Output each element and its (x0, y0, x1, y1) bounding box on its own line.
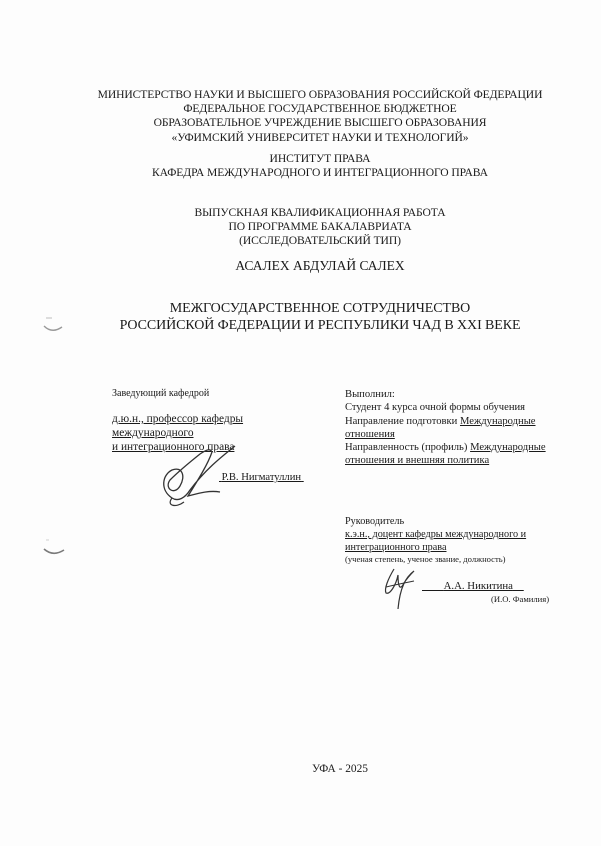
degree-line: д.ю.н., профессор кафедры (112, 412, 322, 426)
supervisor-degree-cont: интеграционного права (345, 541, 585, 554)
work-type-line: ПО ПРОГРАММЕ БАКАЛАВРИАТА (40, 220, 600, 234)
work-type-line: ВЫПУСКНАЯ КВАЛИФИКАЦИОННАЯ РАБОТА (40, 206, 600, 220)
institute-header: ИНСТИТУТ ПРАВА КАФЕДРА МЕЖДУНАРОДНОГО И … (40, 152, 600, 180)
performer-profile: Направленность (профиль) Международные (345, 441, 585, 454)
header-line: «УФИМСКИЙ УНИВЕРСИТЕТ НАУКИ И ТЕХНОЛОГИЙ… (40, 131, 600, 145)
supervisor-label: Руководитель (345, 515, 585, 528)
direction-value: Международные (460, 416, 536, 427)
performer-block: Выполнил: Студент 4 курса очной формы об… (345, 388, 585, 468)
work-type: ВЫПУСКНАЯ КВАЛИФИКАЦИОННАЯ РАБОТА ПО ПРО… (40, 206, 600, 249)
direction-value-cont: отношения (345, 428, 585, 441)
head-of-department-label: Заведующий кафедрой (112, 388, 322, 399)
performer-direction: Направление подготовки Международные (345, 415, 585, 428)
supervisor-signature-icon (380, 565, 420, 615)
performer-label: Выполнил: (345, 388, 585, 401)
work-type-line: (ИССЛЕДОВАТЕЛЬСКИЙ ТИП) (40, 234, 600, 248)
supervisor-block: Руководитель к.э.н., доцент кафедры межд… (345, 515, 585, 565)
supervisor-degree: к.э.н., доцент кафедры международного и (345, 528, 585, 541)
performer-student: Студент 4 курса очной формы обучения (345, 401, 585, 414)
supervisor-name-hint: (И.О. Фамилия) (491, 593, 549, 606)
title-line: РОССИЙСКОЙ ФЕДЕРАЦИИ И РЕСПУБЛИКИ ЧАД В … (40, 317, 600, 334)
direction-label: Направление подготовки (345, 416, 457, 427)
institute-line: ИНСТИТУТ ПРАВА (40, 152, 600, 166)
profile-value: Международные (470, 442, 546, 453)
degree-line: международного (112, 426, 322, 440)
punch-hole-mark-bottom (40, 535, 70, 559)
header-line: ФЕДЕРАЛЬНОЕ ГОСУДАРСТВЕННОЕ БЮДЖЕТНОЕ (40, 102, 600, 116)
document-page: МИНИСТЕРСТВО НАУКИ И ВЫСШЕГО ОБРАЗОВАНИЯ… (0, 0, 601, 846)
header-line: ОБРАЗОВАТЕЛЬНОЕ УЧРЕЖДЕНИЕ ВЫСШЕГО ОБРАЗ… (40, 116, 600, 130)
ministry-header: МИНИСТЕРСТВО НАУКИ И ВЫСШЕГО ОБРАЗОВАНИЯ… (40, 88, 600, 145)
supervisor-degree-hint: (ученая степень, ученое звание, должност… (345, 554, 585, 565)
city-year: УФА - 2025 (312, 763, 368, 775)
profile-value-cont: отношения и внешняя политика (345, 454, 585, 467)
author-name: АСАЛЕХ АБДУЛАЙ САЛЕХ (40, 258, 600, 274)
head-signature-icon (150, 440, 240, 510)
title-line: МЕЖГОСУДАРСТВЕННОЕ СОТРУДНИЧЕСТВО (40, 300, 600, 317)
header-line: МИНИСТЕРСТВО НАУКИ И ВЫСШЕГО ОБРАЗОВАНИЯ… (40, 88, 600, 102)
thesis-title: МЕЖГОСУДАРСТВЕННОЕ СОТРУДНИЧЕСТВО РОССИЙ… (40, 300, 600, 334)
supervisor-name: А.А. Никитина (422, 580, 524, 593)
supervisor-name-text: А.А. Никитина (444, 580, 513, 592)
department-line: КАФЕДРА МЕЖДУНАРОДНОГО И ИНТЕГРАЦИОННОГО… (40, 166, 600, 180)
profile-label: Направленность (профиль) (345, 442, 467, 453)
